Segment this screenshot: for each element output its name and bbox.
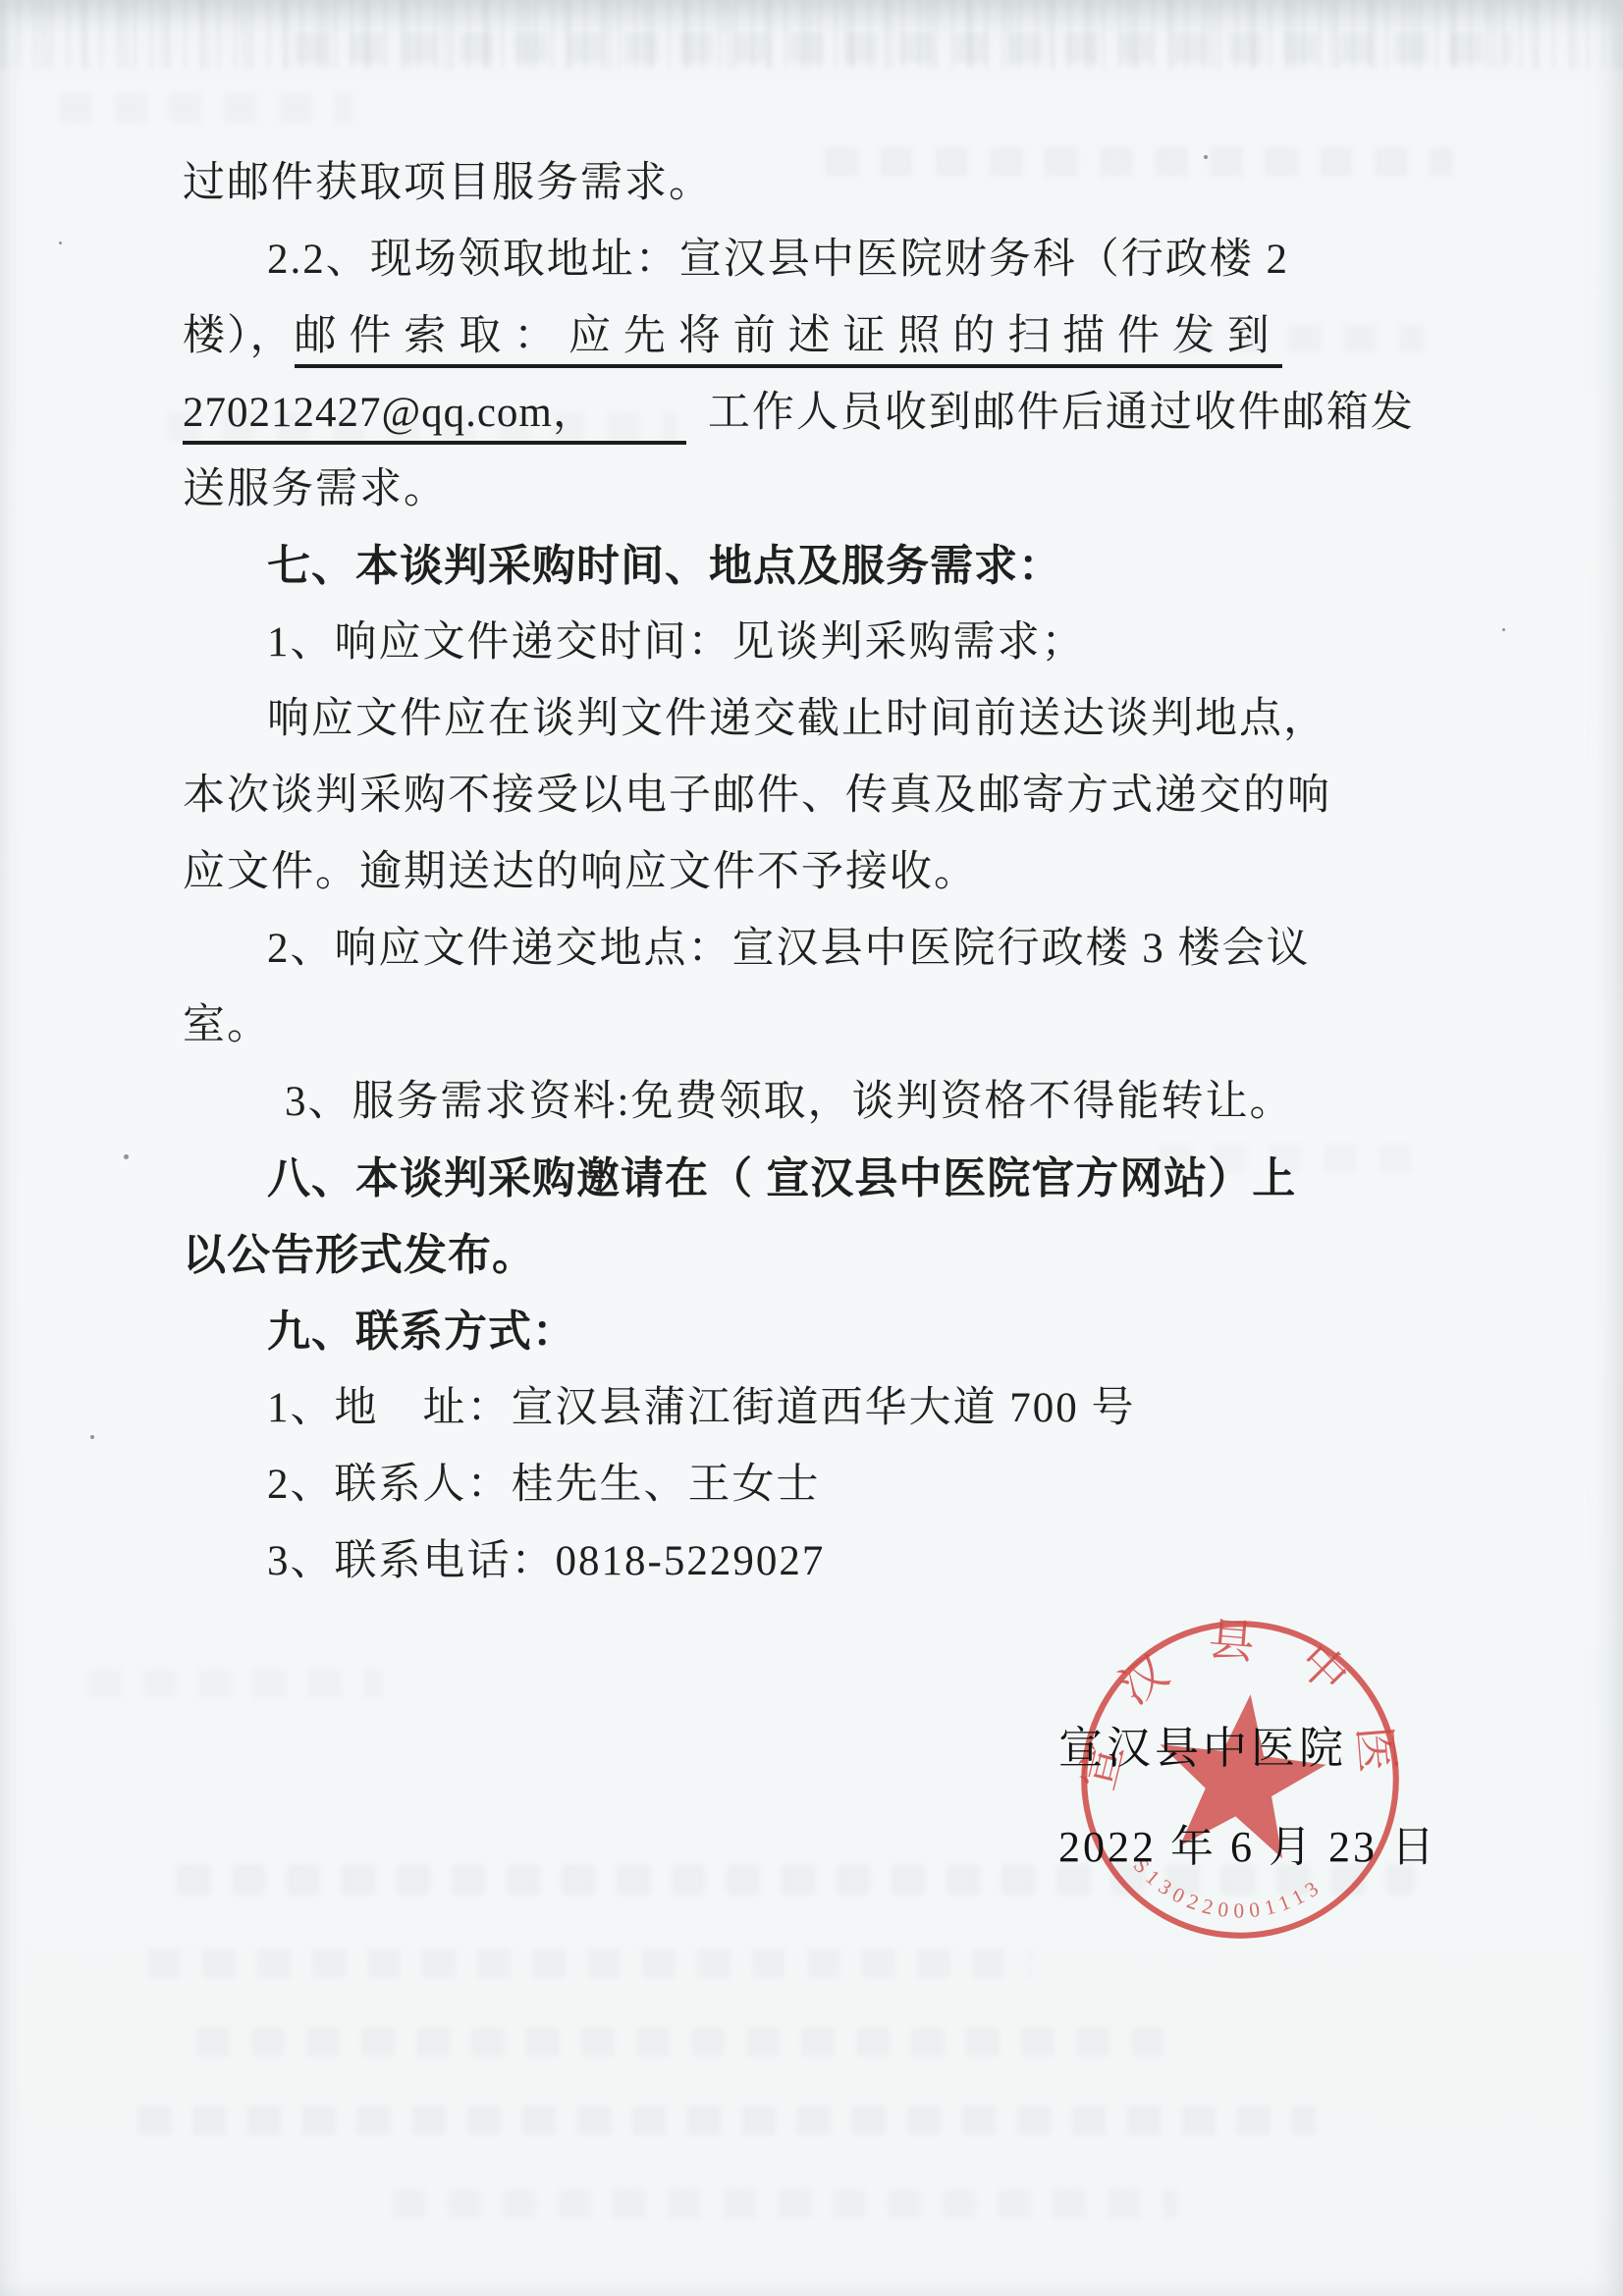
text-run: 七、本谈判采购时间、地点及服务需求： xyxy=(267,542,1062,590)
paragraph-line: 本次谈判采购不接受以电子邮件、传真及邮寄方式递交的响 xyxy=(183,758,1422,834)
paragraph-line: 应文件。逾期送达的响应文件不予接收。 xyxy=(183,834,1422,911)
text-run: 以公告形式发布。 xyxy=(183,1231,536,1279)
text-run: 楼）， xyxy=(183,313,295,359)
text-run: 2、响应文件递交地点：宣汉县中医院行政楼 3 楼会议 xyxy=(267,926,1311,972)
contact-phone-line: 3、联系电话：0818-5229027 xyxy=(183,1523,1422,1600)
text-run: 3、服务需求资料:免费领取，谈判资格不得能转让。 xyxy=(285,1079,1293,1125)
text-run: 送服务需求。 xyxy=(183,466,448,512)
paragraph-line: 以公告形式发布。 xyxy=(183,1217,1422,1294)
scanned-document-page: 过邮件获取项目服务需求。 2.2、现场领取地址：宣汉县中医院财务科（行政楼 2 … xyxy=(0,0,1623,2296)
bleed-through-artifact xyxy=(147,1949,1031,1978)
paragraph-line: 2、响应文件递交地点：宣汉县中医院行政楼 3 楼会议 xyxy=(183,911,1422,988)
bleed-through-artifact xyxy=(88,1669,383,1698)
paragraph-line: 室。 xyxy=(183,988,1422,1064)
signature-org: 宣汉县中医院 xyxy=(1058,1712,1437,1776)
text-run: 3、联系电话：0818-5229027 xyxy=(267,1538,825,1584)
email-address: 270212427@qq.com， xyxy=(183,390,686,445)
text-run: 应文件。逾期送达的响应文件不予接收。 xyxy=(183,849,978,895)
text-run: 本次谈判采购不接受以电子邮件、传真及邮寄方式递交的响 xyxy=(183,773,1331,819)
text-run: 九、联系方式： xyxy=(267,1308,576,1356)
signature-date: 2022 年 6 月 23 日 xyxy=(1058,1811,1437,1874)
speckle-artifact xyxy=(59,241,62,244)
text-run: 响应文件应在谈判文件递交截止时间前送达谈判地点， xyxy=(267,696,1327,742)
text-run: 1、响应文件递交时间：见谈判采购需求； xyxy=(267,619,1086,666)
text-run: 2、联系人：桂先生、王女士 xyxy=(267,1462,821,1508)
text-run: 1、地 址：宣汉县蒲江街道西华大道 700 号 xyxy=(267,1385,1136,1431)
speckle-artifact xyxy=(1502,628,1505,631)
signature-block: 宣汉县中医院 2022 年 6 月 23 日 xyxy=(1058,1712,1437,1874)
paragraph-line: 1、响应文件递交时间：见谈判采购需求； xyxy=(183,605,1422,681)
section-heading-9: 九、联系方式： xyxy=(183,1294,1422,1370)
text-run: 工作人员收到邮件后通过收件邮箱发 xyxy=(708,390,1415,436)
paragraph-line: 3、服务需求资料:免费领取，谈判资格不得能转让。 xyxy=(183,1064,1422,1141)
speckle-artifact xyxy=(124,1154,129,1159)
bleed-through-artifact xyxy=(295,33,1512,63)
bleed-through-artifact xyxy=(196,2027,1178,2056)
document-body: 过邮件获取项目服务需求。 2.2、现场领取地址：宣汉县中医院财务科（行政楼 2 … xyxy=(183,145,1422,1600)
paragraph-line: 响应文件应在谈判文件递交截止时间前送达谈判地点， xyxy=(183,681,1422,758)
contact-person-line: 2、联系人：桂先生、王女士 xyxy=(183,1447,1422,1523)
paragraph-line: 2.2、现场领取地址：宣汉县中医院财务科（行政楼 2 xyxy=(183,222,1422,298)
section-heading-7: 七、本谈判采购时间、地点及服务需求： xyxy=(183,528,1422,605)
contact-address-line: 1、地 址：宣汉县蒲江街道西华大道 700 号 xyxy=(183,1370,1422,1447)
paragraph-line: 过邮件获取项目服务需求。 xyxy=(183,145,1422,222)
paragraph-line: 270212427@qq.com，工作人员收到邮件后通过收件邮箱发 xyxy=(183,375,1422,452)
bleed-through-artifact xyxy=(137,2106,1316,2135)
bleed-through-artifact xyxy=(393,2189,1178,2218)
bleed-through-artifact xyxy=(59,93,353,123)
text-run: 2.2、现场领取地址：宣汉县中医院财务科（行政楼 2 xyxy=(267,237,1289,283)
section-heading-8: 八、本谈判采购邀请在（ 宣汉县中医院官方网站）上 xyxy=(183,1141,1422,1217)
text-run: 八、本谈判采购邀请在（ 宣汉县中医院官方网站）上 xyxy=(267,1154,1296,1202)
paragraph-line: 楼），邮件索取：应先将前述证照的扫描件发到 xyxy=(183,298,1422,375)
paragraph-line: 送服务需求。 xyxy=(183,452,1422,528)
text-run: 室。 xyxy=(183,1002,271,1048)
text-run: 过邮件获取项目服务需求。 xyxy=(183,160,713,206)
underlined-text-run: 邮件索取：应先将前述证照的扫描件发到 xyxy=(295,313,1282,368)
speckle-artifact xyxy=(90,1435,94,1439)
